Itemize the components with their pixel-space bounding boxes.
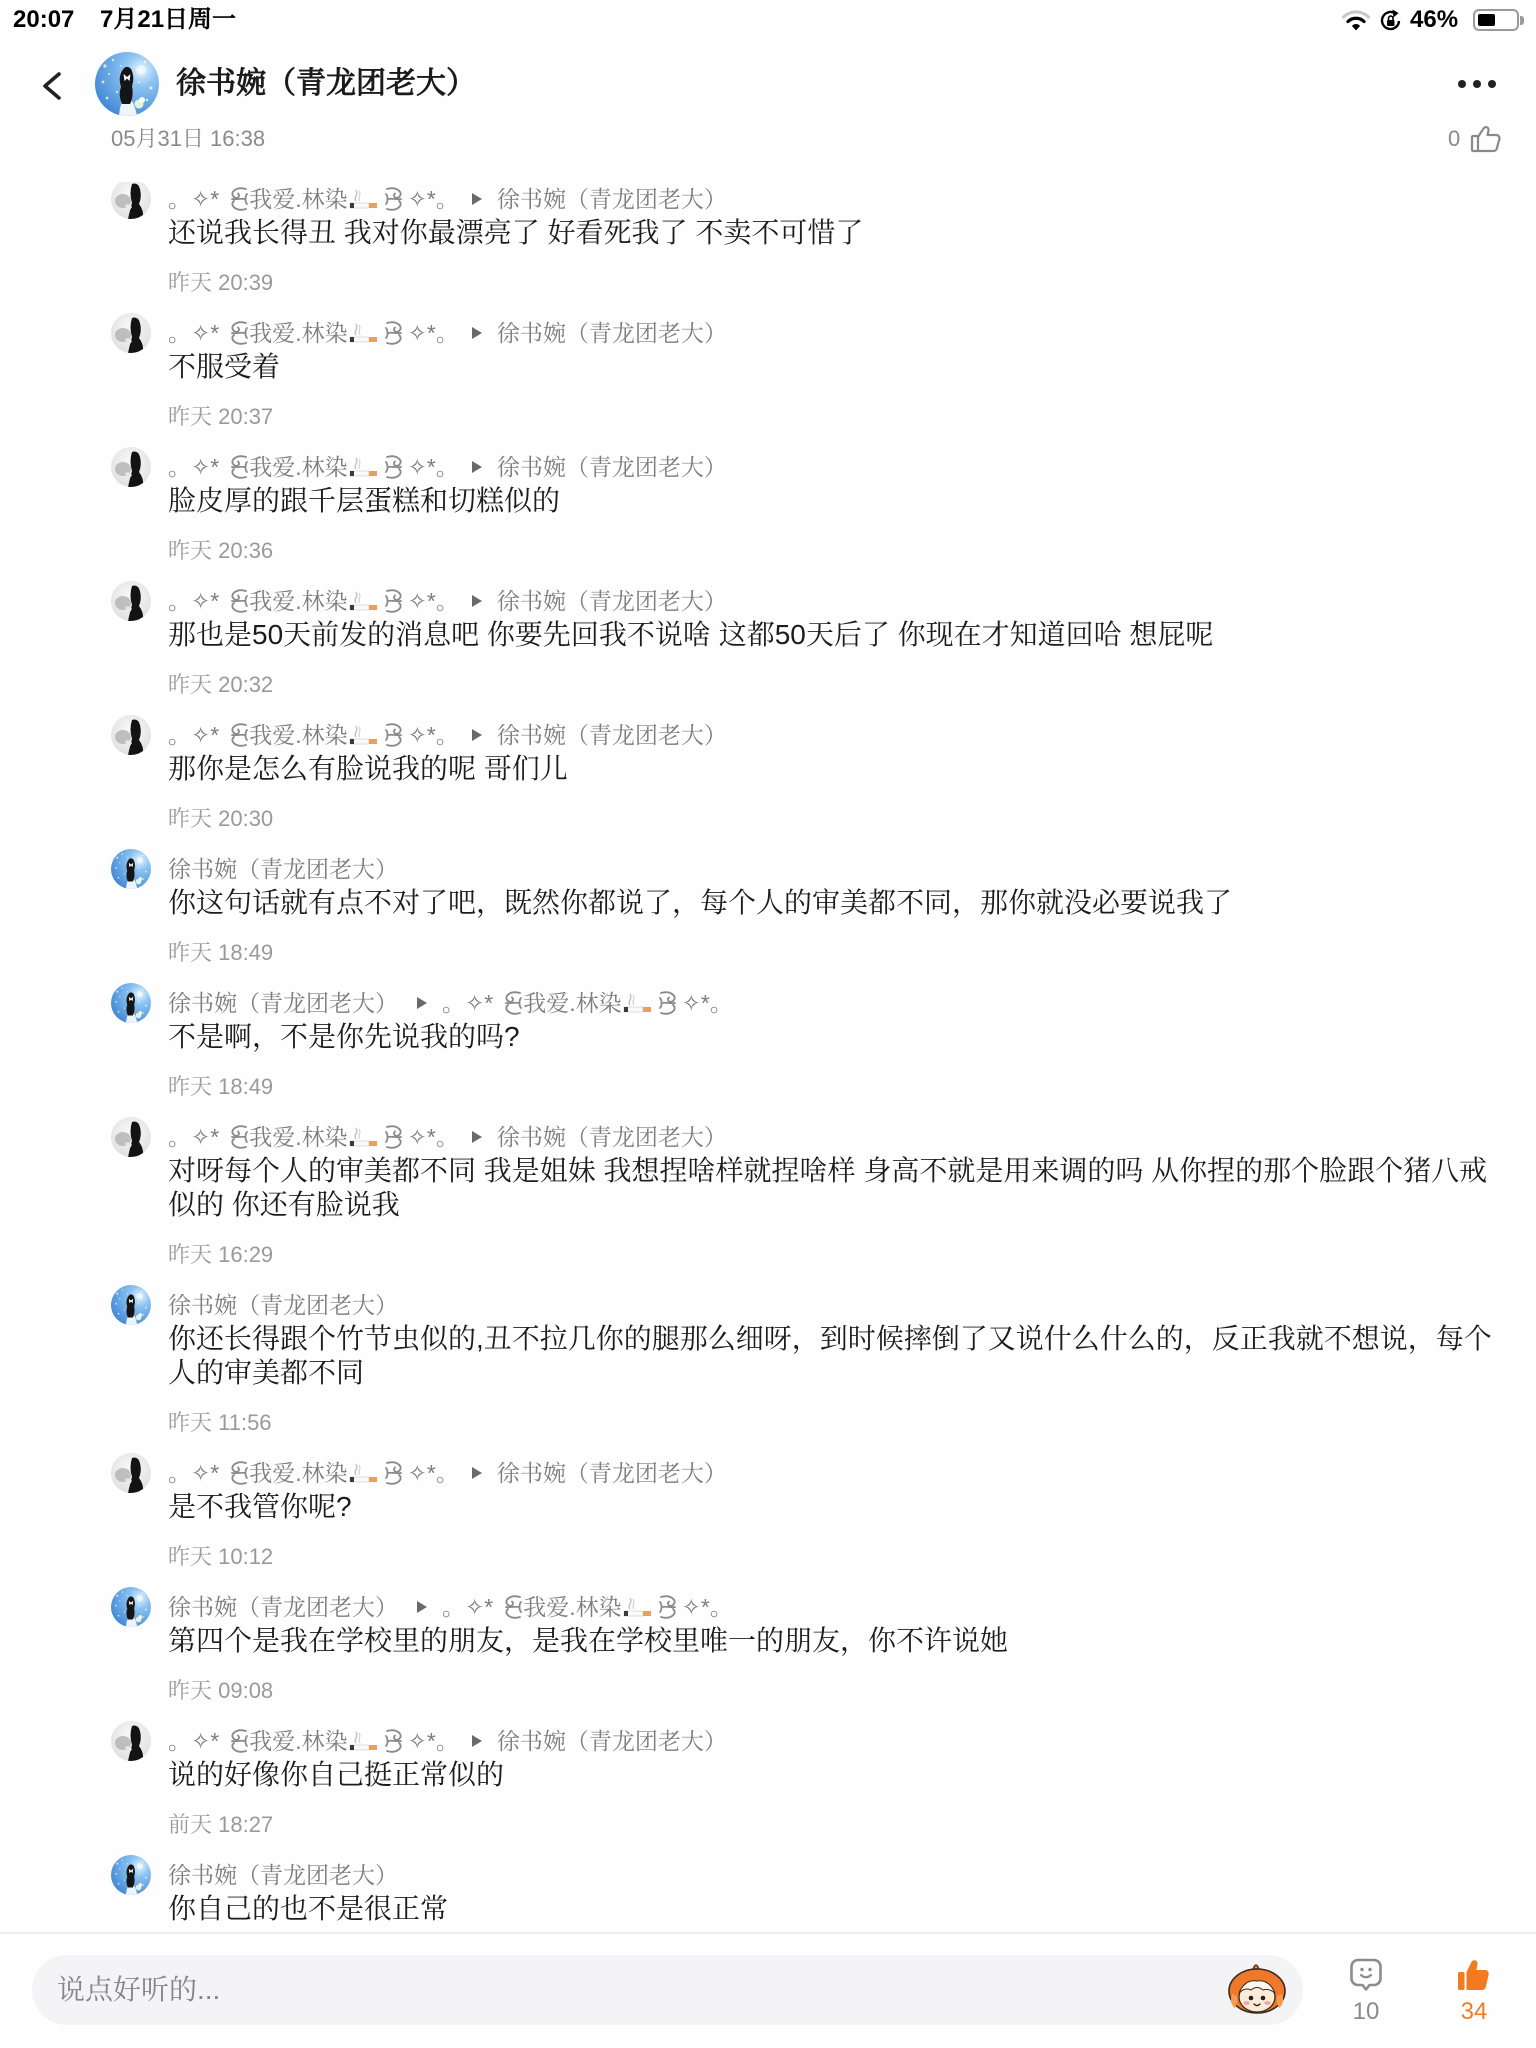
reply-to-name[interactable]: 徐书婉（青龙团老大） [497, 182, 727, 216]
reply-arrow-icon [471, 728, 483, 742]
swirl-ornament-icon [384, 1123, 408, 1151]
comment-item[interactable]: 。✧* 我爱.林染 ✧*。 徐书婉（青龙团老大） 不服受着 昨天 20:37 [0, 316, 1536, 450]
comment-input-placeholder: 说点好听的... [57, 1955, 220, 2025]
cigarette-emoji-icon [348, 1460, 378, 1486]
avatar[interactable] [111, 983, 151, 1023]
comment-time: 昨天 20:39 [168, 268, 1536, 298]
reply-to-name[interactable]: 徐书婉（青龙团老大） [497, 1456, 727, 1490]
blue-sky-girl-avatar [111, 983, 151, 1023]
comment-item[interactable]: 。✧* 我爱.林染 ✧*。 徐书婉（青龙团老大） 那你是怎么有脸说我的呢 哥们儿… [0, 718, 1536, 852]
swirl-ornament-icon [225, 1459, 249, 1487]
avatar[interactable] [111, 1855, 151, 1895]
name-core: 我爱.林染 [249, 182, 347, 216]
reply-arrow-icon [471, 192, 483, 206]
comment-time: 昨天 18:49 [168, 938, 1536, 968]
comment-text: 不是啊，不是你先说我的吗? [168, 1020, 1506, 1054]
more-dots-icon [1488, 80, 1496, 88]
reply-arrow-icon [471, 1466, 483, 1480]
comment-time: 昨天 10:12 [168, 1542, 1536, 1572]
name-suffix: ✧*。 [408, 316, 459, 350]
comment-item[interactable]: 徐书婉（青龙团老大） 你这句话就有点不对了吧，既然你都说了，每个人的审美都不同，… [0, 852, 1536, 986]
more-dots-icon [1458, 80, 1466, 88]
author-name[interactable]: 徐书婉（青龙团老大） [168, 1858, 398, 1892]
blue-sky-girl-avatar [111, 849, 151, 889]
comment-text: 还说我长得丑 我对你最漂亮了 好看死我了 不卖不可惜了 [168, 216, 1506, 250]
swirl-ornament-icon [384, 1459, 408, 1487]
reply-to-name[interactable]: 徐书婉（青龙团老大） [497, 584, 727, 618]
name-prefix: 。✧* [168, 450, 219, 484]
comment-author-row: 。✧* 我爱.林染 ✧*。 徐书婉（青龙团老大） [168, 450, 1536, 484]
black-hair-girl-avatar [111, 1721, 151, 1761]
name-suffix: ✧*。 [408, 1456, 459, 1490]
swirl-ornament-icon [499, 989, 523, 1017]
comment-text: 你这句话就有点不对了吧，既然你都说了，每个人的审美都不同，那你就没必要说我了 [168, 886, 1506, 920]
swirl-ornament-icon [225, 1727, 249, 1755]
name-suffix: ✧*。 [682, 1590, 733, 1624]
author-name[interactable]: 。✧* 我爱.林染 ✧*。 [168, 450, 459, 484]
name-suffix: ✧*。 [408, 1120, 459, 1154]
reply-arrow-icon [416, 996, 428, 1010]
swirl-ornament-icon [384, 1727, 408, 1755]
comment-item[interactable]: 徐书婉（青龙团老大） 你还长得跟个竹节虫似的,丑不拉几你的腿那么细呀，到时候摔倒… [0, 1288, 1536, 1456]
reply-arrow-icon [416, 1600, 428, 1614]
comment-author-row: 。✧* 我爱.林染 ✧*。 徐书婉（青龙团老大） [168, 316, 1536, 350]
reply-to-name[interactable]: 徐书婉（青龙团老大） [497, 718, 727, 752]
comment-text: 你还长得跟个竹节虫似的,丑不拉几你的腿那么细呀，到时候摔倒了又说什么什么的，反正… [168, 1322, 1506, 1390]
black-hair-girl-avatar [111, 447, 151, 487]
comment-author-row: 。✧* 我爱.林染 ✧*。 徐书婉（青龙团老大） [168, 182, 1536, 216]
like-button[interactable]: 34 [1438, 1955, 1510, 2035]
comment-item[interactable]: 。✧* 我爱.林染 ✧*。 徐书婉（青龙团老大） 对呀每个人的审美都不同 我是姐… [0, 1120, 1536, 1288]
status-date: 7月21日周一 [100, 4, 236, 36]
reply-to-name[interactable]: 徐书婉（青龙团老大） [497, 1120, 727, 1154]
name-prefix: 。✧* [168, 584, 219, 618]
author-name[interactable]: 。✧* 我爱.林染 ✧*。 [168, 1724, 459, 1758]
swirl-ornament-icon [225, 185, 249, 213]
swirl-ornament-icon [499, 1593, 523, 1621]
reply-arrow-icon [471, 594, 483, 608]
comment-time: 前天 18:27 [168, 1810, 1536, 1840]
avatar[interactable] [111, 313, 151, 353]
black-hair-girl-avatar [111, 715, 151, 755]
avatar[interactable] [111, 447, 151, 487]
cigarette-emoji-icon [348, 454, 378, 480]
black-hair-girl-avatar [111, 581, 151, 621]
comment-text: 你自己的也不是很正常 [168, 1892, 1506, 1926]
battery-nub [1520, 16, 1524, 25]
name-prefix: 。✧* [168, 1120, 219, 1154]
comment-time: 昨天 09:08 [168, 1676, 1536, 1706]
comment-item[interactable]: 徐书婉（青龙团老大） 。✧* 我爱.林染 ✧*。 不是啊，不是你先说我的吗? 昨… [0, 986, 1536, 1120]
name-core: 我爱.林染 [249, 718, 347, 752]
cigarette-emoji-icon [622, 1594, 652, 1620]
comment-time: 昨天 20:30 [168, 804, 1536, 834]
comment-item[interactable]: 徐书婉（青龙团老大） 你自己的也不是很正常 [0, 1858, 1536, 1932]
header-avatar[interactable] [95, 52, 159, 116]
name-suffix: ✧*。 [408, 182, 459, 216]
comment-list[interactable]: 。✧* 我爱.林染 ✧*。 徐书婉（青龙团老大） 还说我长得丑 我对你最漂亮了 … [0, 182, 1536, 1932]
comment-author-row: 徐书婉（青龙团老大） [168, 1288, 1536, 1322]
name-prefix: 。✧* [168, 718, 219, 752]
reply-to-name[interactable]: 徐书婉（青龙团老大） [497, 450, 727, 484]
name-suffix: ✧*。 [408, 450, 459, 484]
author-name[interactable]: 。✧* 我爱.林染 ✧*。 [168, 584, 459, 618]
name-suffix: ✧*。 [682, 986, 733, 1020]
name-core: 我爱.林染 [249, 1724, 347, 1758]
reply-to-name[interactable]: 徐书婉（青龙团老大） [497, 316, 727, 350]
black-hair-girl-avatar [111, 1117, 151, 1157]
comment-author-row: 徐书婉（青龙团老大） [168, 1858, 1536, 1892]
avatar[interactable] [111, 715, 151, 755]
reply-arrow-icon [471, 1734, 483, 1748]
cigarette-emoji-icon [348, 1124, 378, 1150]
avatar[interactable] [111, 1285, 151, 1325]
cigarette-emoji-icon [348, 588, 378, 614]
name-core: 我爱.林染 [249, 316, 347, 350]
swirl-ornament-icon [658, 1593, 682, 1621]
comment-text: 那也是50天前发的消息吧 你要先回我不说啥 这都50天后了 你现在才知道回哈 想… [168, 618, 1506, 652]
cigarette-emoji-icon [622, 990, 652, 1016]
name-prefix: 。✧* [168, 1456, 219, 1490]
swirl-ornament-icon [225, 721, 249, 749]
comment-time: 昨天 16:29 [168, 1240, 1536, 1270]
like-count: 34 [1438, 1997, 1510, 2027]
name-core: 我爱.林染 [523, 1590, 621, 1624]
blue-sky-girl-avatar [111, 1285, 151, 1325]
author-name[interactable]: 。✧* 我爱.林染 ✧*。 [168, 1456, 459, 1490]
reply-arrow-icon [471, 460, 483, 474]
battery-level [1478, 14, 1495, 26]
reply-to-name[interactable]: 。✧* 我爱.林染 ✧*。 [442, 986, 733, 1020]
author-name[interactable]: 。✧* 我爱.林染 ✧*。 [168, 316, 459, 350]
author-name[interactable]: 。✧* 我爱.林染 ✧*。 [168, 182, 459, 216]
avatar[interactable] [111, 1721, 151, 1761]
reply-arrow-icon [471, 326, 483, 340]
name-prefix: 。✧* [168, 1724, 219, 1758]
mascot-sticker-icon[interactable] [1226, 1962, 1288, 2016]
comment-time: 昨天 20:37 [168, 402, 1536, 432]
author-name[interactable]: 。✧* 我爱.林染 ✧*。 [168, 718, 459, 752]
avatar[interactable] [111, 1587, 151, 1627]
name-prefix: 。✧* [442, 986, 493, 1020]
reply-to-name[interactable]: 徐书婉（青龙团老大） [497, 1724, 727, 1758]
page-title[interactable]: 徐书婉（青龙团老大） [176, 65, 476, 103]
post-like-count: 0 [1448, 125, 1460, 153]
back-button[interactable] [36, 68, 68, 104]
comment-author-row: 徐书婉（青龙团老大） 。✧* 我爱.林染 ✧*。 [168, 986, 1536, 1020]
reply-arrow-icon [471, 1130, 483, 1144]
more-dots-icon [1473, 80, 1481, 88]
black-hair-girl-avatar [111, 182, 151, 219]
rotation-lock-icon [1378, 8, 1403, 33]
comment-item[interactable]: 。✧* 我爱.林染 ✧*。 徐书婉（青龙团老大） 脸皮厚的跟千层蛋糕和切糕似的 … [0, 450, 1536, 584]
comment-item[interactable]: 徐书婉（青龙团老大） 。✧* 我爱.林染 ✧*。 第四个是我在学校里的朋友，是我… [0, 1590, 1536, 1724]
thumbs-up-filled-icon [1456, 1957, 1492, 1993]
comment-author-row: 。✧* 我爱.林染 ✧*。 徐书婉（青龙团老大） [168, 1456, 1536, 1490]
comment-item[interactable]: 。✧* 我爱.林染 ✧*。 徐书婉（青龙团老大） 那也是50天前发的消息吧 你要… [0, 584, 1536, 718]
name-core: 我爱.林染 [523, 986, 621, 1020]
comment-count: 10 [1330, 1997, 1402, 2027]
swirl-ornament-icon [384, 453, 408, 481]
comment-text: 脸皮厚的跟千层蛋糕和切糕似的 [168, 484, 1506, 518]
name-core: 我爱.林染 [249, 584, 347, 618]
name-prefix: 。✧* [168, 316, 219, 350]
comment-author-row: 徐书婉（青龙团老大） 。✧* 我爱.林染 ✧*。 [168, 1590, 1536, 1624]
comment-author-row: 。✧* 我爱.林染 ✧*。 徐书婉（青龙团老大） [168, 1724, 1536, 1758]
name-prefix: 。✧* [168, 182, 219, 216]
comment-input[interactable]: 说点好听的... [32, 1955, 1303, 2025]
author-name[interactable]: 徐书婉（青龙团老大） [168, 1590, 398, 1624]
comment-author-row: 。✧* 我爱.林染 ✧*。 徐书婉（青龙团老大） [168, 718, 1536, 752]
comment-text: 对呀每个人的审美都不同 我是姐妹 我想捏啥样就捏啥样 身高不就是用来调的吗 从你… [168, 1154, 1506, 1222]
comment-item[interactable]: 。✧* 我爱.林染 ✧*。 徐书婉（青龙团老大） 是不我管你呢? 昨天 10:1… [0, 1456, 1536, 1590]
post-like-button[interactable]: 0 [1448, 124, 1502, 154]
battery-icon [1473, 9, 1519, 31]
status-time: 20:07 [13, 4, 74, 36]
cigarette-emoji-icon [348, 186, 378, 212]
swirl-ornament-icon [384, 319, 408, 347]
name-core: 我爱.林染 [249, 450, 347, 484]
comments-button[interactable]: 10 [1330, 1955, 1402, 2035]
comment-text: 是不我管你呢? [168, 1490, 1506, 1524]
author-name[interactable]: 。✧* 我爱.林染 ✧*。 [168, 1120, 459, 1154]
comment-time: 昨天 20:32 [168, 670, 1536, 700]
comment-item[interactable]: 。✧* 我爱.林染 ✧*。 徐书婉（青龙团老大） 还说我长得丑 我对你最漂亮了 … [0, 182, 1536, 316]
reply-to-name[interactable]: 。✧* 我爱.林染 ✧*。 [442, 1590, 733, 1624]
comment-time: 昨天 18:49 [168, 1072, 1536, 1102]
name-core: 我爱.林染 [249, 1456, 347, 1490]
avatar[interactable] [111, 1453, 151, 1493]
swirl-ornament-icon [658, 989, 682, 1017]
swirl-ornament-icon [225, 1123, 249, 1151]
swirl-ornament-icon [225, 453, 249, 481]
comment-time: 昨天 11:56 [168, 1408, 1536, 1438]
comment-text: 第四个是我在学校里的朋友，是我在学校里唯一的朋友，你不许说她 [168, 1624, 1506, 1658]
black-hair-girl-avatar [111, 313, 151, 353]
swirl-ornament-icon [225, 319, 249, 347]
cigarette-emoji-icon [348, 320, 378, 346]
comment-text: 说的好像你自己挺正常似的 [168, 1758, 1506, 1792]
comment-author-row: 。✧* 我爱.林染 ✧*。 徐书婉（青龙团老大） [168, 1120, 1536, 1154]
wifi-icon [1341, 8, 1371, 32]
comment-item[interactable]: 。✧* 我爱.林染 ✧*。 徐书婉（青龙团老大） 说的好像你自己挺正常似的 前天… [0, 1724, 1536, 1858]
blue-sky-girl-avatar [95, 52, 159, 116]
avatar[interactable] [111, 1117, 151, 1157]
name-suffix: ✧*。 [408, 1724, 459, 1758]
author-name[interactable]: 徐书婉（青龙团老大） [168, 1288, 398, 1322]
avatar[interactable] [111, 849, 151, 889]
comment-author-row: 徐书婉（青龙团老大） [168, 852, 1536, 886]
thumbs-up-outline-icon [1470, 124, 1502, 154]
blue-sky-girl-avatar [111, 1855, 151, 1895]
cigarette-emoji-icon [348, 722, 378, 748]
post-timestamp: 05月31日 16:38 [111, 125, 265, 153]
comment-bubble-icon [1348, 1957, 1384, 1993]
swirl-ornament-icon [225, 587, 249, 615]
blue-sky-girl-avatar [111, 1587, 151, 1627]
swirl-ornament-icon [384, 721, 408, 749]
author-name[interactable]: 徐书婉（青龙团老大） [168, 986, 398, 1020]
author-name[interactable]: 徐书婉（青龙团老大） [168, 852, 398, 886]
battery-percent: 46% [1410, 4, 1458, 36]
swirl-ornament-icon [384, 185, 408, 213]
name-suffix: ✧*。 [408, 718, 459, 752]
comment-author-row: 。✧* 我爱.林染 ✧*。 徐书婉（青龙团老大） [168, 584, 1536, 618]
comment-text: 不服受着 [168, 350, 1506, 384]
chevron-left-icon [45, 74, 59, 98]
name-core: 我爱.林染 [249, 1120, 347, 1154]
name-suffix: ✧*。 [408, 584, 459, 618]
more-options-button[interactable] [1458, 78, 1502, 90]
comment-time: 昨天 20:36 [168, 536, 1536, 566]
name-prefix: 。✧* [442, 1590, 493, 1624]
avatar[interactable] [111, 182, 151, 219]
cigarette-emoji-icon [348, 1728, 378, 1754]
swirl-ornament-icon [384, 587, 408, 615]
comment-text: 那你是怎么有脸说我的呢 哥们儿 [168, 752, 1506, 786]
black-hair-girl-avatar [111, 1453, 151, 1493]
avatar[interactable] [111, 581, 151, 621]
